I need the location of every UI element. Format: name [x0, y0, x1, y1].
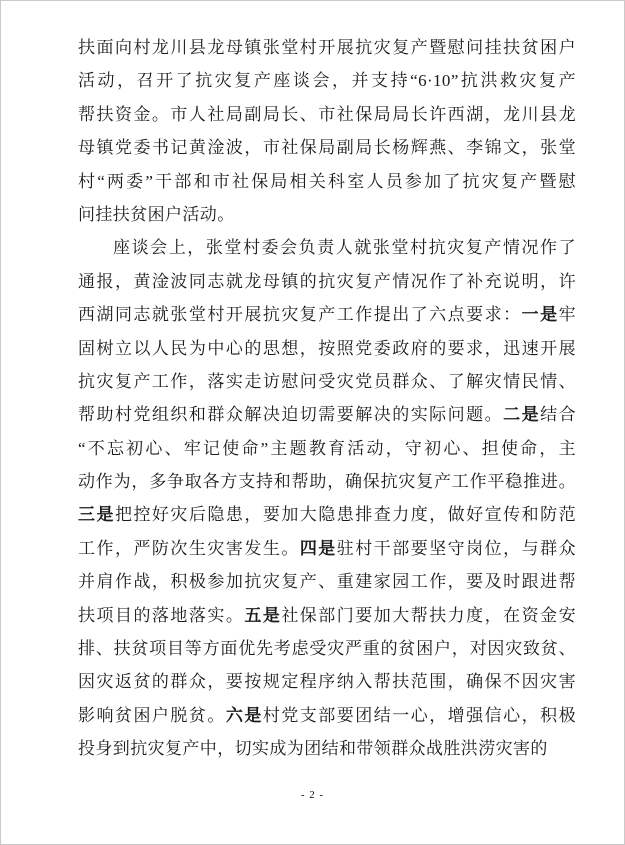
text-run: 扶项目的落地落实。 [78, 606, 244, 625]
text-line: 母镇党委书记黄淦波，市社保局副局长杨辉燕、李锦文，张堂 [78, 131, 576, 164]
text-run: 影响贫困户脱贫。 [78, 706, 226, 725]
text-run: “不忘初心、牢记使命”主题教育活动，守初心、担使命，主 [78, 439, 576, 458]
page-footer: - 2 - [1, 785, 624, 803]
text-run: 工作，严防次生灾害发生。 [78, 539, 300, 558]
text-line: “不忘初心、牢记使命”主题教育活动，守初心、担使命，主 [78, 432, 576, 465]
text-line: 活动，召开了抗灾复产座谈会，并支持“6·10”抗洪救灾复产 [78, 64, 576, 97]
text-run: 西湖同志就张堂村开展抗灾复产工作提出了六点要求： [78, 305, 522, 324]
text-line: 通报，黄淦波同志就龙母镇的抗灾复产情况作了补充说明，许 [78, 265, 576, 298]
text-run: 村“两委”干部和市社保局相关科室人员参加了抗灾复产暨慰 [78, 172, 576, 191]
text-line: 抗灾复产工作，落实走访慰问受灾党员群众、了解灾情民情、 [78, 365, 576, 398]
text-run: 牢 [559, 305, 576, 324]
text-run: 通报，黄淦波同志就龙母镇的抗灾复产情况作了补充说明，许 [78, 272, 576, 291]
emphasis-run: 四是 [300, 539, 337, 558]
text-run: 社保部门要加大帮扶力度，在资金安 [281, 606, 576, 625]
document-body: 扶面向村龙川县龙母镇张堂村开展抗灾复产暨慰问挂扶贫困户活动，召开了抗灾复产座谈会… [78, 31, 576, 766]
text-line: 工作，严防次生灾害发生。四是驻村干部要坚守岗位，与群众 [78, 532, 576, 565]
text-line: 西湖同志就张堂村开展抗灾复产工作提出了六点要求：一是牢 [78, 298, 576, 331]
text-run: 动作为，多争取各方支持和帮助，确保抗灾复产工作平稳推进。 [78, 472, 576, 491]
text-line: 问挂扶贫困户活动。 [78, 198, 576, 231]
text-line: 投身到抗灾复产中，切实成为团结和带领群众战胜洪涝灾害的 [78, 732, 576, 765]
text-run: 固树立以人民为中心的思想，按照党委政府的要求，迅速开展 [78, 339, 576, 358]
text-line: 帮扶资金。市人社局副局长、市社保局局长许西湖，龙川县龙 [78, 98, 576, 131]
text-run: 帮助村党组织和群众解决迫切需要解决的实际问题。 [78, 405, 503, 424]
text-line: 扶面向村龙川县龙母镇张堂村开展抗灾复产暨慰问挂扶贫困户 [78, 31, 576, 64]
text-run: 驻村干部要坚守岗位，与群众 [337, 539, 576, 558]
emphasis-run: 六是 [226, 706, 263, 725]
emphasis-run: 三是 [78, 505, 115, 524]
text-run: 投身到抗灾复产中，切实成为团结和带领群众战胜洪涝灾害的 [78, 739, 548, 758]
text-run: 活动，召开了抗灾复产座谈会，并支持“6·10”抗洪救灾复产 [78, 71, 576, 90]
emphasis-run: 五是 [244, 606, 281, 625]
text-line: 排、扶贫项目等方面优先考虑受灾严重的贫困户，对因灾致贫、 [78, 632, 576, 665]
text-run: 排、扶贫项目等方面优先考虑受灾严重的贫困户，对因灾致贫、 [78, 639, 576, 658]
document-page: 扶面向村龙川县龙母镇张堂村开展抗灾复产暨慰问挂扶贫困户活动，召开了抗灾复产座谈会… [0, 0, 625, 845]
text-run: 因灾返贫的群众，要按规定程序纳入帮扶范围，确保不因灾害 [78, 672, 576, 691]
text-line: 因灾返贫的群众，要按规定程序纳入帮扶范围，确保不因灾害 [78, 665, 576, 698]
page-number: - 2 - [301, 789, 324, 801]
text-run: 问挂扶贫困户活动。 [78, 205, 235, 224]
text-line: 并肩作战，积极参加抗灾复产、重建家园工作，要及时跟进帮 [78, 565, 576, 598]
text-line: 影响贫困户脱贫。六是村党支部要团结一心，增强信心，积极 [78, 699, 576, 732]
emphasis-run: 一是 [522, 305, 559, 324]
text-run: 抗灾复产工作，落实走访慰问受灾党员群众、了解灾情民情、 [78, 372, 576, 391]
text-line: 村“两委”干部和市社保局相关科室人员参加了抗灾复产暨慰 [78, 165, 576, 198]
text-run: 结合 [540, 405, 576, 424]
emphasis-run: 二是 [503, 405, 540, 424]
text-run: 座谈会上，张堂村委会负责人就张堂村抗灾复产情况作了 [113, 238, 576, 257]
text-line: 座谈会上，张堂村委会负责人就张堂村抗灾复产情况作了 [78, 231, 576, 264]
text-run: 帮扶资金。市人社局副局长、市社保局局长许西湖，龙川县龙 [78, 105, 576, 124]
text-line: 扶项目的落地落实。五是社保部门要加大帮扶力度，在资金安 [78, 599, 576, 632]
text-line: 三是把控好灾后隐患，要加大隐患排查力度，做好宣传和防范 [78, 498, 576, 531]
text-line: 帮助村党组织和群众解决迫切需要解决的实际问题。二是结合 [78, 398, 576, 431]
text-line: 固树立以人民为中心的思想，按照党委政府的要求，迅速开展 [78, 332, 576, 365]
text-run: 母镇党委书记黄淦波，市社保局副局长杨辉燕、李锦文，张堂 [78, 138, 576, 157]
text-run: 把控好灾后隐患，要加大隐患排查力度，做好宣传和防范 [115, 505, 576, 524]
text-line: 动作为，多争取各方支持和帮助，确保抗灾复产工作平稳推进。 [78, 465, 576, 498]
text-run: 村党支部要团结一心，增强信心，积极 [263, 706, 576, 725]
text-run: 并肩作战，积极参加抗灾复产、重建家园工作，要及时跟进帮 [78, 572, 576, 591]
text-run: 扶面向村龙川县龙母镇张堂村开展抗灾复产暨慰问挂扶贫困户 [78, 38, 576, 57]
